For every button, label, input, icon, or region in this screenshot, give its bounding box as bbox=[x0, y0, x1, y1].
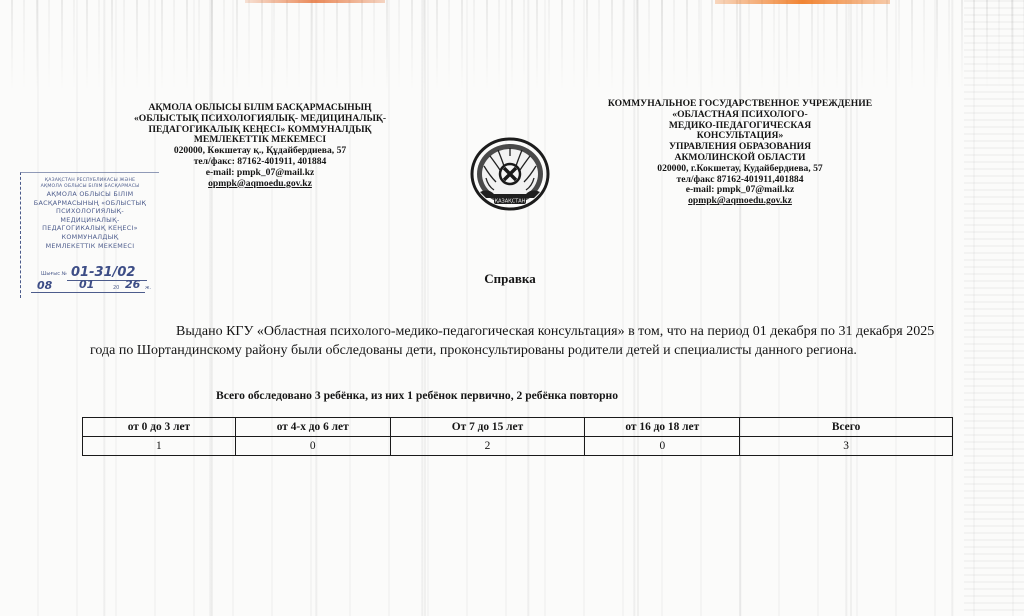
table-header-cell: от 0 до 3 лет bbox=[83, 418, 236, 437]
age-statistics-table: от 0 до 3 лет от 4-х до 6 лет От 7 до 15… bbox=[82, 417, 953, 456]
scan-noise-overlay bbox=[0, 0, 1024, 616]
stamp-month: 01 bbox=[79, 278, 94, 291]
email-secondary: opmpk@aqmoedu.gov.kz bbox=[580, 196, 900, 207]
stamp-line: ПЕДАГОГИКАЛЫҚ КЕҢЕСІ» bbox=[21, 224, 159, 233]
table-cell: 1 bbox=[83, 437, 236, 456]
stamp-line: БАСҚАРМАСЫНЫҢ «ОБЛЫСТЫҚ bbox=[21, 199, 159, 208]
table-cell: 0 bbox=[585, 437, 740, 456]
scanner-streaks bbox=[0, 0, 1024, 90]
stamp-underline bbox=[31, 292, 145, 293]
org-name-line: «ОБЛАСТНАЯ ПСИХОЛОГО- bbox=[580, 110, 900, 121]
stamp-reg-label: Шығыс № bbox=[41, 271, 67, 277]
table-header-cell: Всего bbox=[740, 418, 953, 437]
table-header-cell: от 16 до 18 лет bbox=[585, 418, 740, 437]
body-line: года по Шортандинскому району были обсле… bbox=[90, 341, 990, 360]
registration-stamp: ҚАЗАҚСТАН РЕСПУБЛИКАСЫ ЖӘНЕ АҚМОЛА ОБЛЫС… bbox=[20, 172, 159, 298]
stamp-day: 08 bbox=[37, 279, 52, 292]
stamp-line: МЕМЛЕКЕТТІК МЕКЕМЕСІ bbox=[21, 242, 159, 251]
table-header-row: от 0 до 3 лет от 4-х до 6 лет От 7 до 15… bbox=[83, 418, 953, 437]
table-header-cell: от 4-х до 6 лет bbox=[235, 418, 390, 437]
scan-noise-edge bbox=[964, 0, 1024, 616]
table-header-cell: От 7 до 15 лет bbox=[390, 418, 585, 437]
summary-text: Всего обследовано 3 ребёнка, из них 1 ре… bbox=[216, 389, 618, 402]
table-cell: 3 bbox=[740, 437, 953, 456]
page-edge-mark bbox=[245, 0, 385, 3]
document-body: Выдано КГУ «Областная психолого-медико-п… bbox=[90, 322, 990, 360]
stamp-year-prefix: 20 bbox=[113, 285, 119, 291]
state-emblem-icon: ҚАЗАҚСТАН bbox=[468, 136, 552, 216]
stamp-line: АҚМОЛА ОБЛЫСЫ БІЛІМ bbox=[21, 190, 159, 199]
document-title: Справка bbox=[440, 271, 580, 287]
table-row: 1 0 2 0 3 bbox=[83, 437, 953, 456]
org-name-line: «ОБЛЫСТЫҚ ПСИХОЛОГИЯЛЫҚ- МЕДИЦИНАЛЫҚ- bbox=[100, 114, 420, 125]
stamp-year-suffix: ж. bbox=[145, 285, 151, 291]
body-line-1: Выдано КГУ «Областная психолого-медико-п… bbox=[176, 324, 934, 339]
page-edge-mark bbox=[715, 0, 890, 4]
letterhead-russian: КОММУНАЛЬНОЕ ГОСУДАРСТВЕННОЕ УЧРЕЖДЕНИЕ … bbox=[580, 99, 900, 207]
emblem-ribbon-text: ҚАЗАҚСТАН bbox=[495, 199, 526, 205]
table-cell: 2 bbox=[390, 437, 585, 456]
stamp-line: ПСИХОЛОГИЯЛЫҚ- bbox=[21, 207, 159, 216]
address: 020000, г.Кокшетау, Кудайбердиева, 57 bbox=[580, 164, 900, 175]
stamp-line: КОММУНАЛДЫҚ bbox=[21, 233, 159, 242]
table-cell: 0 bbox=[235, 437, 390, 456]
stamp-year: 26 bbox=[125, 278, 140, 291]
body-line: Выдано КГУ «Областная психолого-медико-п… bbox=[90, 322, 990, 341]
stamp-line: МЕДИЦИНАЛЫҚ- bbox=[21, 216, 159, 225]
